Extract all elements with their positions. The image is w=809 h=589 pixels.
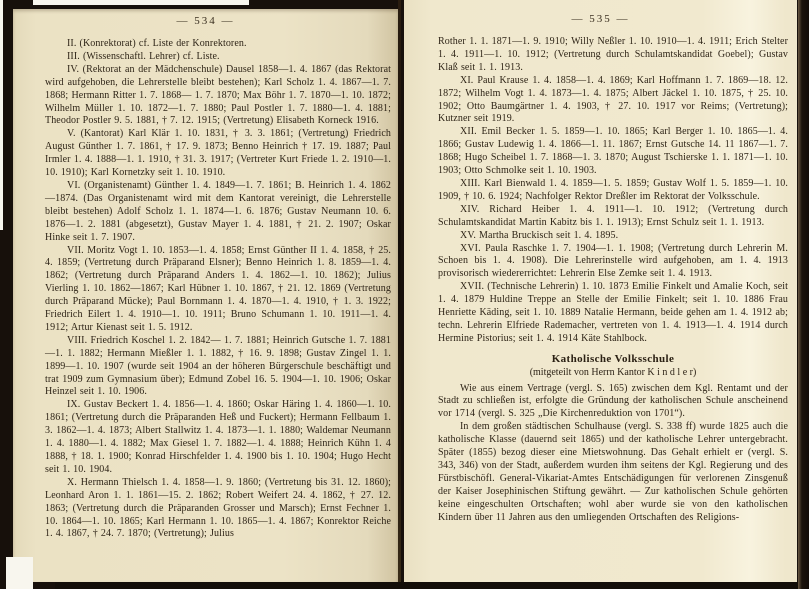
paragraph-stelle-xi: XI. Paul Krause 1. 4. 1858—1. 4. 1869; K… bbox=[438, 75, 788, 127]
page-534-text-block: II. (Konrektorat) cf. Liste der Konrekto… bbox=[45, 38, 391, 541]
paragraph-konrektorat: II. (Konrektorat) cf. Liste der Konrekto… bbox=[45, 38, 391, 51]
paragraph-gruendung-schule: Wie aus einem Vertrage (vergl. S. 165) z… bbox=[438, 383, 788, 422]
paragraph-stelle-xvi: XVI. Paula Raschke 1. 7. 1904—1. 1. 1908… bbox=[438, 243, 788, 282]
scan-edge-sliver-left bbox=[0, 0, 3, 230]
scan-edge-band-bottom bbox=[55, 582, 809, 589]
paragraph-wissenschaftl-lehrer: III. (Wissenschaftl. Lehrer) cf. Liste. bbox=[45, 51, 391, 64]
page-535-text-block: Rother 1. 1. 1871—1. 9. 1910; Willy Neßl… bbox=[438, 36, 788, 525]
paragraph-organistenamt: VI. (Organistenamt) Günther 1. 4. 1849—1… bbox=[45, 180, 391, 245]
paragraph-stelle-x: X. Hermann Thielsch 1. 4. 1858—1. 9. 186… bbox=[45, 477, 391, 542]
paragraph-stelle-xii: XII. Emil Becker 1. 5. 1859—1. 10. 1865;… bbox=[438, 126, 788, 178]
scan-edge-sliver-bottom-left bbox=[6, 557, 33, 589]
paragraph-stelle-xiii: XIII. Karl Bienwald 1. 4. 1859—1. 5. 185… bbox=[438, 178, 788, 204]
book-scan: — 534 — II. (Konrektorat) cf. Liste der … bbox=[0, 0, 809, 589]
paragraph-schulhaus-gehalt: In dem großen städtischen Schulhause (ve… bbox=[438, 421, 788, 524]
section-heading-katholische-volksschule: Katholische Volksschule bbox=[438, 353, 788, 366]
page-number-left: — 534 — bbox=[13, 15, 398, 27]
paragraph-rektorat-maedchenschule: IV. (Rektorat an der Mädchenschule) Daus… bbox=[45, 64, 391, 129]
scan-edge-right bbox=[798, 0, 809, 589]
paragraph-stelle-viii: VIII. Friedrich Koschel 1. 2. 1842— 1. 7… bbox=[45, 335, 391, 400]
paragraph-stelle-ix: IX. Gustav Beckert 1. 4. 1856—1. 4. 1860… bbox=[45, 399, 391, 476]
section-subheading-kantor-kindler: (mitgeteilt von Herrn Kantor K i n d l e… bbox=[438, 367, 788, 380]
paragraph-kantorat: V. (Kantorat) Karl Klär 1. 10. 1831, † 3… bbox=[45, 128, 391, 180]
paragraph-stelle-xv: XV. Martha Bruckisch seit 1. 4. 1895. bbox=[438, 230, 788, 243]
paragraph-stelle-xiv: XIV. Richard Heiber 1. 4. 1911—1. 10. 19… bbox=[438, 204, 788, 230]
scan-edge-sliver-top bbox=[33, 0, 249, 5]
page-number-right: — 535 — bbox=[404, 13, 797, 25]
paragraph-stelle-vii: VII. Moritz Vogt 1. 10. 1853—1. 4. 1858;… bbox=[45, 245, 391, 335]
page-535: — 535 — Rother 1. 1. 1871—1. 9. 1910; Wi… bbox=[404, 0, 797, 589]
paragraph-technische-lehrerin: XVII. (Technische Lehrerin) 1. 10. 1873 … bbox=[438, 281, 788, 346]
page-534: — 534 — II. (Konrektorat) cf. Liste der … bbox=[13, 9, 400, 582]
paragraph-stelle-x-continuation: Rother 1. 1. 1871—1. 9. 1910; Willy Neßl… bbox=[438, 36, 788, 75]
page-gutter-shadow bbox=[398, 0, 401, 589]
